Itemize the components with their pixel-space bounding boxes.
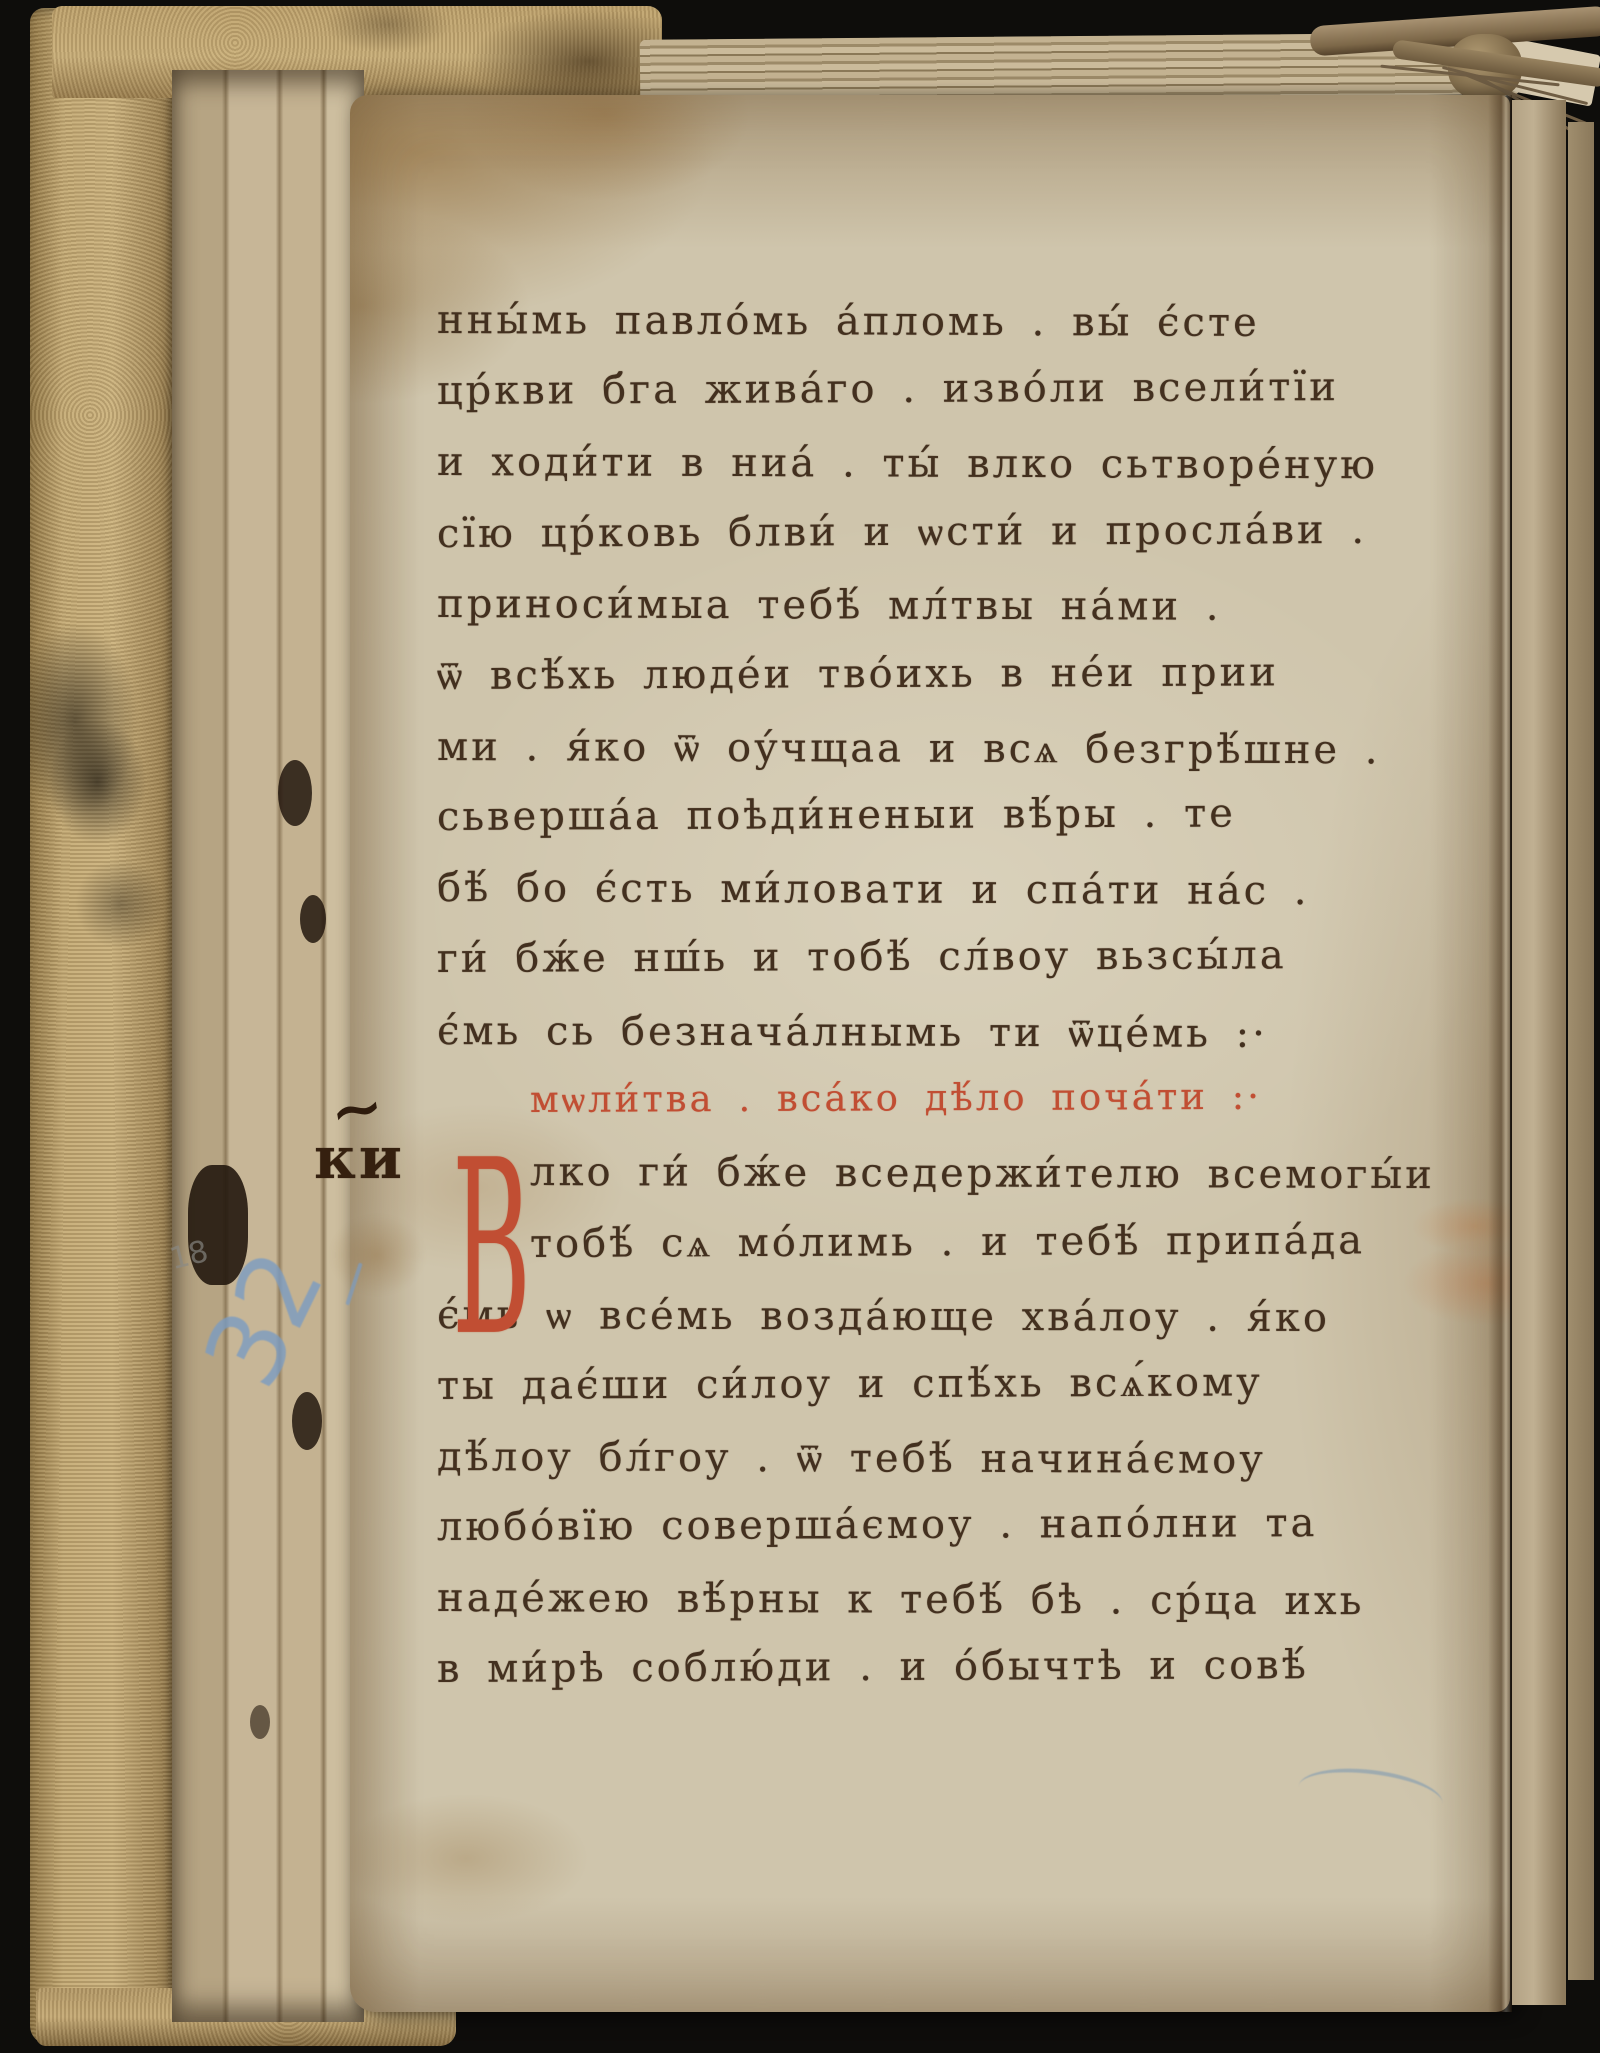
- edge-ink-stain: [292, 1392, 322, 1450]
- edge-ink-stain: [250, 1705, 270, 1739]
- edge-ink-stain: [188, 1165, 248, 1285]
- page-fold-crease: [1488, 95, 1512, 2012]
- under-page-edge: [1568, 122, 1594, 1980]
- manuscript-photo: нны́мь павло́мь а́пломь . вы́ є́стецр́кв…: [0, 0, 1600, 2053]
- under-page-edge: [1512, 100, 1566, 2005]
- edge-ink-stain: [300, 895, 326, 943]
- edge-ink-stain: [278, 760, 312, 826]
- manuscript-page: [350, 95, 1510, 2012]
- leather-cover-left-edge: [30, 8, 180, 2044]
